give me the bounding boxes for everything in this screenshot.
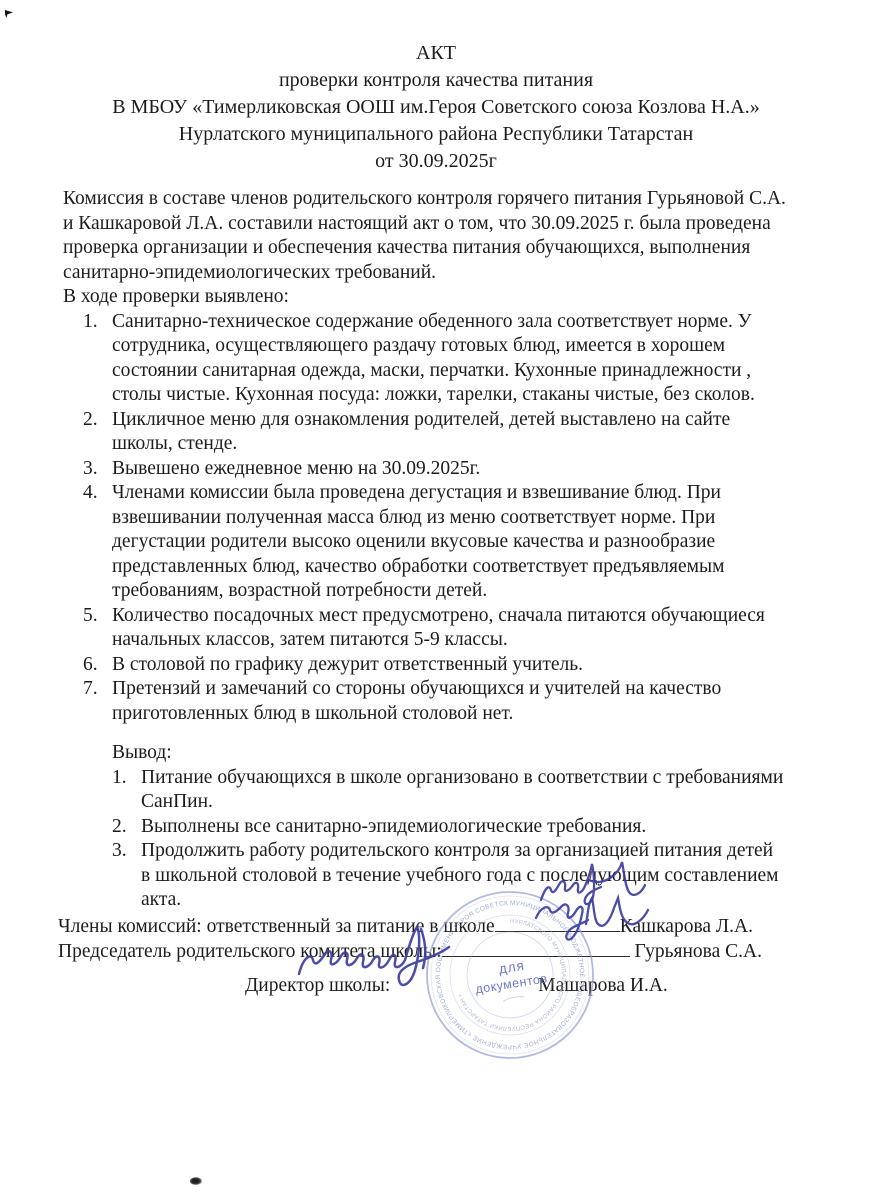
finding-item: Вывешено ежедневное меню на 30.09.2025г. xyxy=(112,457,787,482)
findings-list: Санитарно-техническое содержание обеденн… xyxy=(63,310,787,727)
document-body: Комиссия в составе членов родительского … xyxy=(63,187,787,913)
finding-item: Санитарно-техническое содержание обеденн… xyxy=(112,310,787,408)
signature-line-members: Члены комиссий: ответственный за питание… xyxy=(58,915,872,940)
signature-line-director: Директор школы:Машарова И.А. xyxy=(245,975,872,997)
title-line-date: от 30.09.2025г xyxy=(0,148,872,175)
conclusion-item: Питание обучающихся в школе организовано… xyxy=(141,766,787,815)
title-line-act: АКТ xyxy=(0,40,872,67)
signature-block: Члены комиссий: ответственный за питание… xyxy=(58,915,872,965)
scanned-document-page: АКТ проверки контроля качества питания В… xyxy=(0,0,872,1200)
signature-name-kashkarova: Кашкарова Л.А. xyxy=(620,916,753,937)
signature-underline xyxy=(495,931,620,932)
finding-item: Цикличное меню для ознакомления родителе… xyxy=(112,408,787,457)
conclusion-item: Выполнены все санитарно-эпидемиологическ… xyxy=(141,815,787,840)
title-line-subject: проверки контроля качества питания xyxy=(0,67,872,94)
signature-line-chairman: Председатель родительского комитета школ… xyxy=(58,940,872,965)
document-title: АКТ проверки контроля качества питания В… xyxy=(0,0,872,175)
conclusion-heading: Вывод: xyxy=(112,741,787,766)
finding-item: Количество посадочных мест предусмотрено… xyxy=(112,604,787,653)
signature-underline xyxy=(442,956,630,957)
signature-line-members-label: Члены комиссий: ответственный за питание… xyxy=(58,916,495,937)
finding-item: Претензий и замечаний со стороны обучающ… xyxy=(112,677,787,726)
signature-name-masharova: Машарова И.А. xyxy=(538,975,668,996)
director-label: Директор школы: xyxy=(245,975,390,996)
finding-item: В столовой по графику дежурит ответствен… xyxy=(112,653,787,678)
signature-line-chairman-label: Председатель родительского комитета школ… xyxy=(58,941,442,962)
finding-item: Членами комиссии была проведена дегустац… xyxy=(112,481,787,604)
title-line-district: Нурлатского муниципального района Респуб… xyxy=(0,121,872,148)
conclusions-list: Питание обучающихся в школе организовано… xyxy=(63,766,787,913)
title-line-school: В МБОУ «Тимерликовская ООШ им.Героя Сове… xyxy=(0,94,872,121)
signature-name-guryanova: Гурьянова С.А. xyxy=(630,941,762,962)
scan-artifact-bottom xyxy=(190,1177,202,1185)
findings-heading: В ходе проверки выявлено: xyxy=(63,285,787,310)
intro-paragraph: Комиссия в составе членов родительского … xyxy=(63,187,787,285)
conclusion-item: Продолжить работу родительского контроля… xyxy=(141,839,787,913)
